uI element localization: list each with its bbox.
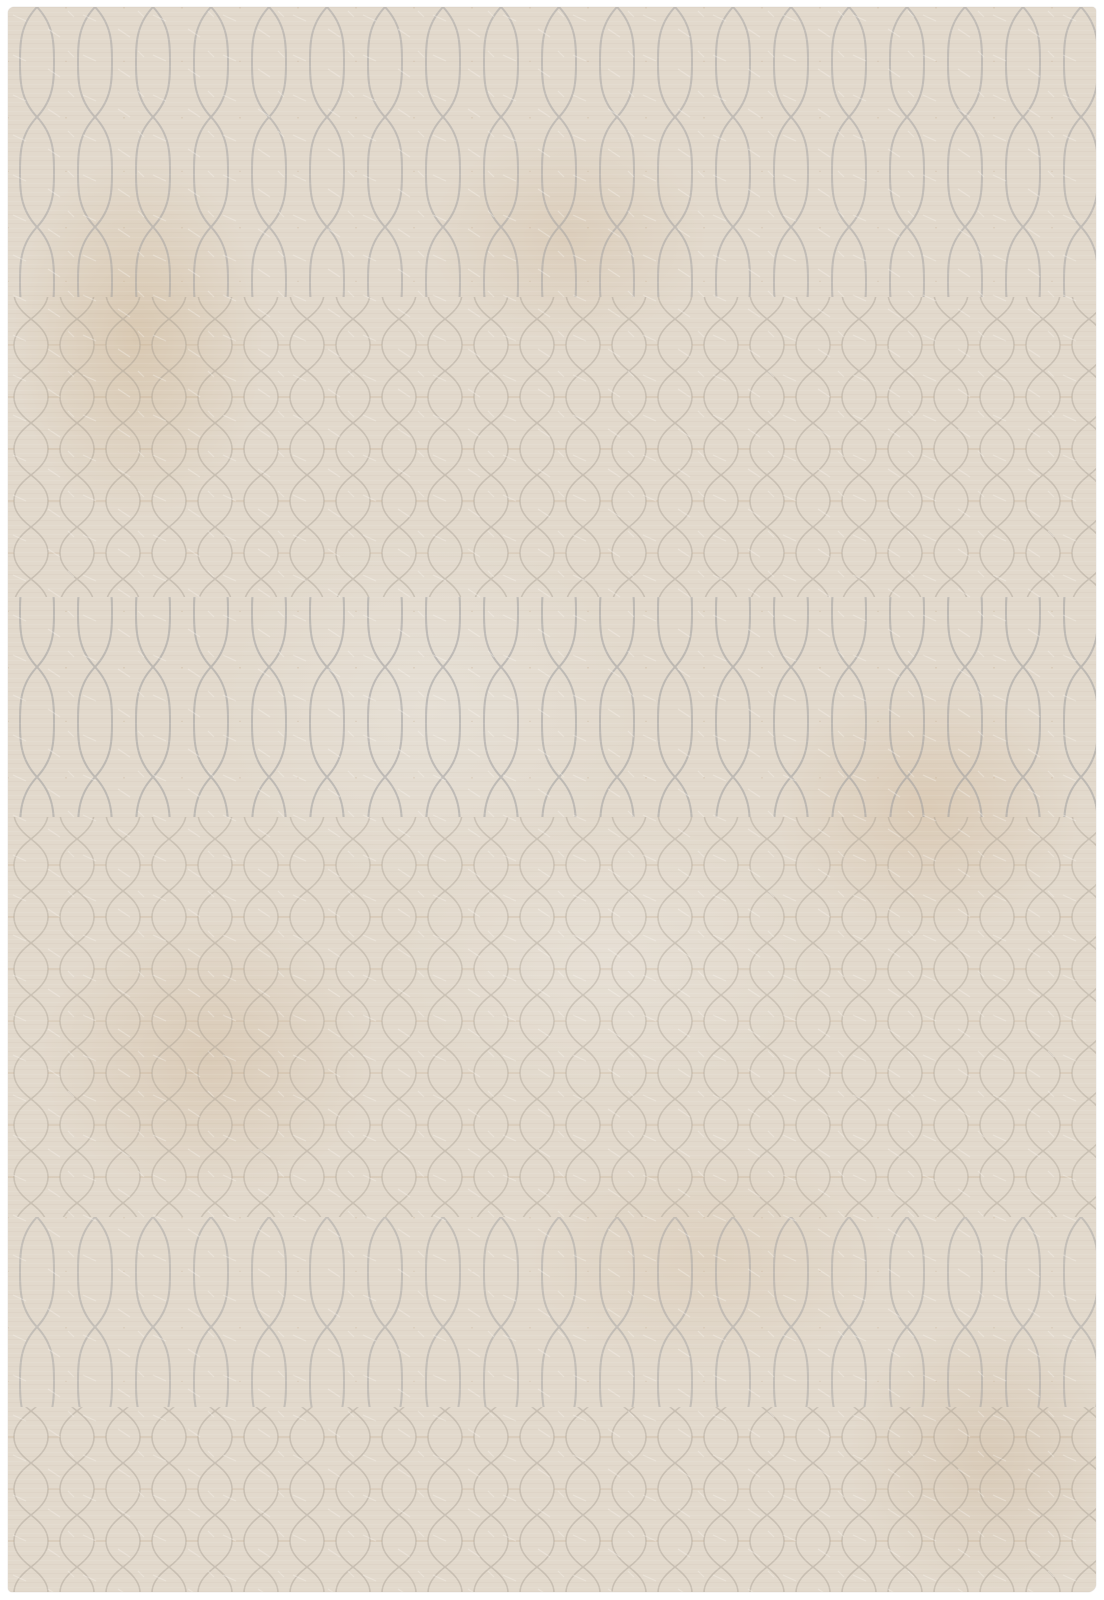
- weave-texture: [8, 7, 1096, 1592]
- rug: Distressed ivory/beige rug with an allov…: [8, 7, 1096, 1592]
